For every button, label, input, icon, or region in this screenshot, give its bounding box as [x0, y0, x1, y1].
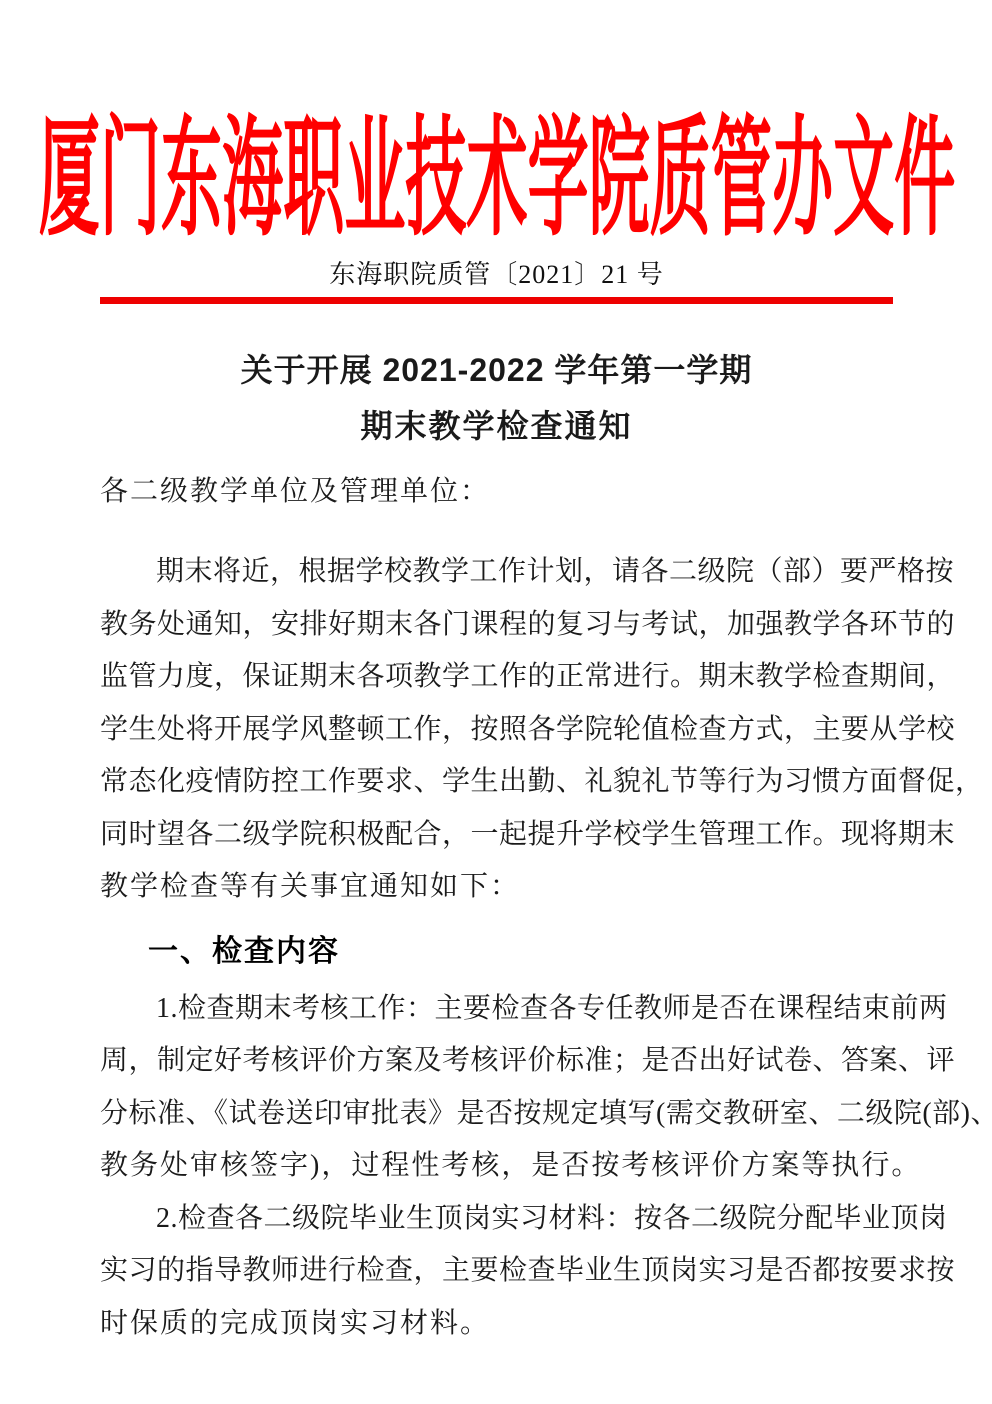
body-line: 教学检查等有关事宜通知如下： [100, 861, 893, 914]
doc-title-line-2: 期末教学检查通知 [100, 404, 893, 448]
body-line: 同时望各二级学院积极配合，一起提升学校学生管理工作。现将期末 [100, 809, 893, 862]
salutation: 各二级教学单位及管理单位： [100, 470, 893, 514]
body-line: 实习的指导教师进行检查，主要检查毕业生顶岗实习是否都按要求按 [100, 1245, 893, 1298]
body-paragraph-2: 1.检查期末考核工作：主要检查各专任教师是否在课程结束前两 周，制定好考核评价方… [100, 983, 893, 1193]
section-heading-1: 一、检查内容 [100, 930, 893, 974]
red-separator-rule [100, 297, 893, 304]
body-line: 教务处审核签字)，过程性考核，是否按考核评价方案等执行。 [100, 1140, 893, 1193]
body-line: 常态化疫情防控工作要求、学生出勤、礼貌礼节等行为习惯方面督促， [100, 756, 893, 809]
body-line: 2.检查各二级院毕业生顶岗实习材料：按各二级院分配毕业顶岗 [100, 1193, 893, 1246]
body-line: 1.检查期末考核工作：主要检查各专任教师是否在课程结束前两 [100, 983, 893, 1036]
doc-number: 东海职院质管〔2021〕21 号 [100, 260, 893, 290]
org-title: 厦门东海职业技术学院质管办文件 [38, 106, 955, 254]
body-paragraph-1: 期末将近，根据学校教学工作计划，请各二级院（部）要严格按 教务处通知，安排好期末… [100, 546, 893, 914]
body-paragraph-3: 2.检查各二级院毕业生顶岗实习材料：按各二级院分配毕业顶岗 实习的指导教师进行检… [100, 1193, 893, 1351]
body-line: 周，制定好考核评价方案及考核评价标准；是否出好试卷、答案、评 [100, 1035, 893, 1088]
body-line: 时保质的完成顶岗实习材料。 [100, 1298, 893, 1351]
letterhead-banner: 厦门东海职业技术学院质管办文件 [100, 0, 893, 254]
body-line: 监管力度，保证期末各项教学工作的正常进行。期末教学检查期间， [100, 651, 893, 704]
doc-title-line-1: 关于开展 2021-2022 学年第一学期 [100, 348, 893, 392]
document-content: 厦门东海职业技术学院质管办文件 东海职院质管〔2021〕21 号 关于开展 20… [100, 0, 893, 1350]
body-line: 教务处通知，安排好期末各门课程的复习与考试，加强教学各环节的 [100, 599, 893, 652]
body-line: 学生处将开展学风整顿工作，按照各学院轮值检查方式，主要从学校 [100, 704, 893, 757]
document-page: 厦门东海职业技术学院质管办文件 东海职院质管〔2021〕21 号 关于开展 20… [0, 0, 992, 1404]
body-line: 期末将近，根据学校教学工作计划，请各二级院（部）要严格按 [100, 546, 893, 599]
body-line: 分标准、《试卷送印审批表》是否按规定填写(需交教研室、二级院(部)、 [100, 1088, 893, 1141]
